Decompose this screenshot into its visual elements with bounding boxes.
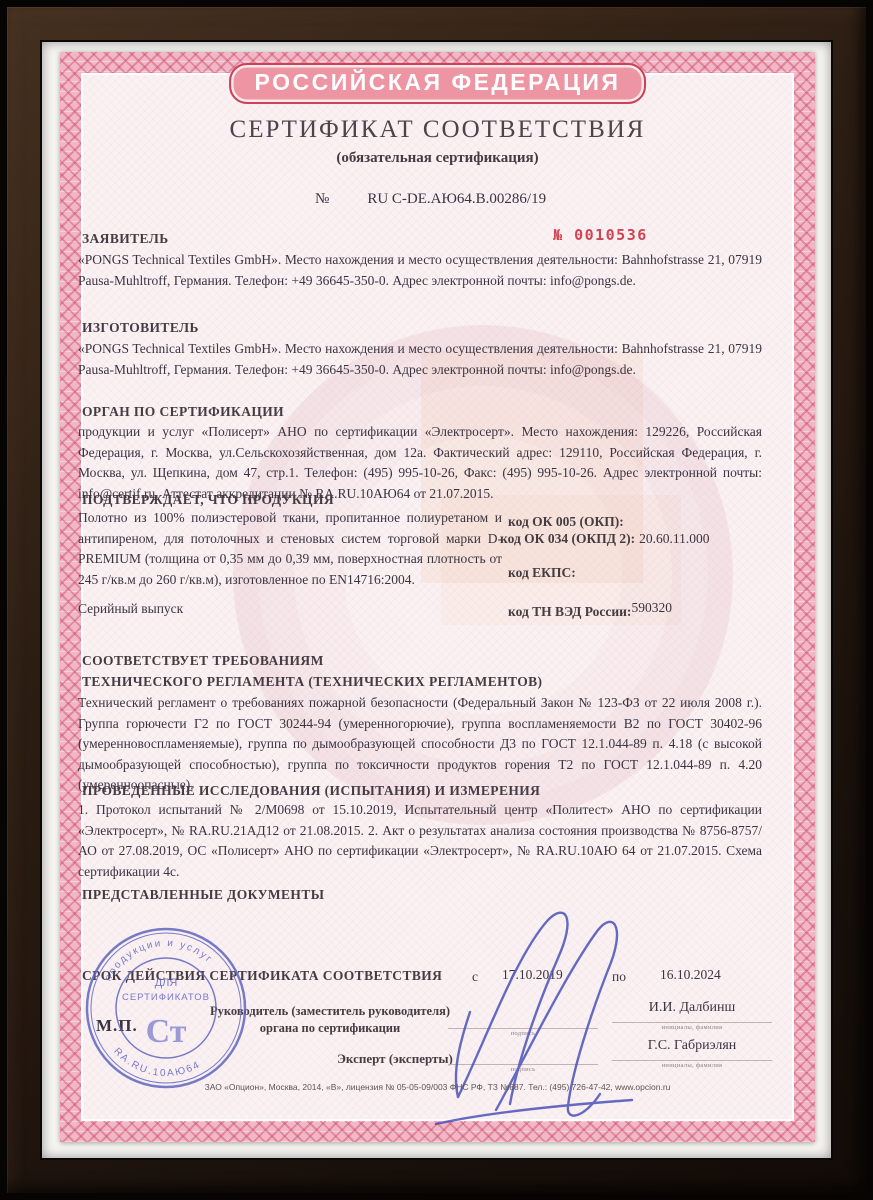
code-ekps-label: код ЕКПС: bbox=[508, 565, 576, 580]
signature-ink bbox=[400, 892, 660, 1132]
code-tnved-row: код ТН ВЭД России:590320 bbox=[508, 603, 672, 621]
manufacturer-body: «PONGS Technical Textiles GmbH». Место н… bbox=[78, 339, 762, 380]
product-description: Полотно из 100% полиэстеровой ткани, про… bbox=[78, 508, 502, 590]
certificate-sheet: РОССИЙСКАЯ ФЕДЕРАЦИЯ СЕРТИФИКАТ СООТВЕТС… bbox=[60, 52, 815, 1142]
stamp-center-line2: СЕРТИФИКАТОВ bbox=[122, 992, 210, 1003]
certificate-number-row: №RU C-DE.АЮ64.B.00286/19 bbox=[315, 191, 546, 208]
manufacturer-heading: ИЗГОТОВИТЕЛЬ bbox=[82, 320, 199, 336]
stamp-center-line1: ДЛЯ bbox=[155, 977, 178, 989]
documents-heading: ПРЕДСТАВЛЕННЫЕ ДОКУМЕНТЫ bbox=[82, 887, 324, 903]
country-banner-label: РОССИЙСКАЯ ФЕДЕРАЦИЯ bbox=[255, 69, 621, 95]
certification-org-heading: ОРГАН ПО СЕРТИФИКАЦИИ bbox=[82, 404, 284, 420]
serial-label: № bbox=[553, 226, 564, 244]
code-tnved-label: код ТН ВЭД России: bbox=[508, 604, 631, 619]
tests-heading: ПРОВЕДЕННЫЕ ИССЛЕДОВАНИЯ (ИСПЫТАНИЯ) И И… bbox=[82, 783, 540, 799]
certification-stamp: продукции и услуг RA.RU.10АЮ64 ДЛЯ СЕРТИ… bbox=[74, 916, 259, 1101]
printer-imprint: ЗАО «Опцион», Москва, 2014, «В», лицензи… bbox=[60, 1082, 815, 1092]
serial-value: 0010536 bbox=[574, 226, 648, 244]
stamp-mark: Ст bbox=[146, 1013, 187, 1050]
product-heading: ПОДТВЕРЖДАЕТ, ЧТО ПРОДУКЦИЯ bbox=[82, 492, 334, 508]
applicant-heading: ЗАЯВИТЕЛЬ bbox=[82, 231, 169, 247]
code-okpd2-value: 20.60.11.000 bbox=[639, 531, 709, 546]
code-ekps-row: код ЕКПС: bbox=[508, 564, 576, 582]
code-okpd2-label: код ОК 034 (ОКПД 2): bbox=[500, 531, 635, 546]
code-okpd2-row: код ОК 034 (ОКПД 2): 20.60.11.000 bbox=[500, 530, 710, 548]
applicant-body: «PONGS Technical Textiles GmbH». Место н… bbox=[78, 250, 762, 291]
tests-body: 1. Протокол испытаний № 2/М0698 от 15.10… bbox=[78, 800, 762, 882]
code-ok005-row: код ОК 005 (ОКП): bbox=[508, 513, 624, 531]
document-title: СЕРТИФИКАТ СООТВЕТСТВИЯ bbox=[60, 116, 815, 144]
compliance-heading-2: ТЕХНИЧЕСКОГО РЕГЛАМЕНТА (ТЕХНИЧЕСКИХ РЕГ… bbox=[82, 674, 542, 690]
framed-certificate: РОССИЙСКАЯ ФЕДЕРАЦИЯ СЕРТИФИКАТ СООТВЕТС… bbox=[0, 0, 873, 1200]
product-series: Серийный выпуск bbox=[78, 599, 183, 620]
blank-serial-number: № 0010536 bbox=[553, 226, 648, 244]
certificate-number-value: RU C-DE.АЮ64.B.00286/19 bbox=[367, 191, 546, 207]
compliance-body: Технический регламент о требованиях пожа… bbox=[78, 693, 762, 796]
country-banner: РОССИЙСКАЯ ФЕДЕРАЦИЯ bbox=[229, 63, 647, 104]
validity-to-date: 16.10.2024 bbox=[660, 965, 721, 986]
certificate-number-label: № bbox=[315, 191, 329, 207]
document-subtitle: (обязательная сертификация) bbox=[60, 150, 815, 167]
compliance-heading-1: СООТВЕТСТВУЕТ ТРЕБОВАНИЯМ bbox=[82, 653, 324, 669]
code-tnved-value: 590320 bbox=[631, 600, 672, 615]
code-ok005-label: код ОК 005 (ОКП): bbox=[508, 514, 624, 529]
